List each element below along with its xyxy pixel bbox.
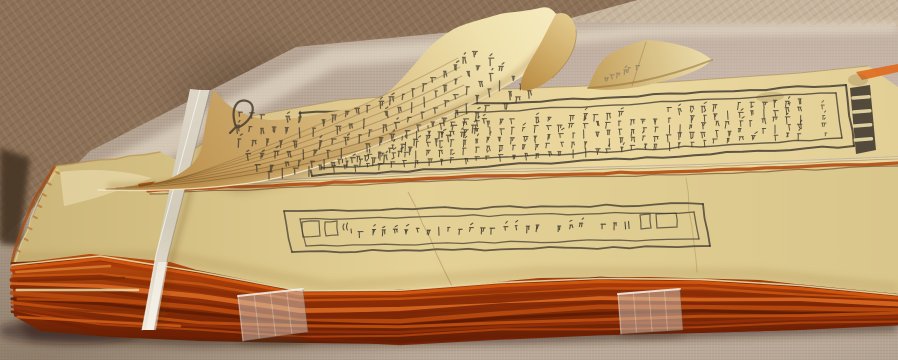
acrylic-clip-2	[618, 289, 683, 334]
manuscripts-scene	[0, 0, 898, 360]
museum-photo: Tibetan pecha manuscripts displayed on a…	[0, 0, 898, 360]
acrylic-clip-1	[238, 289, 308, 341]
